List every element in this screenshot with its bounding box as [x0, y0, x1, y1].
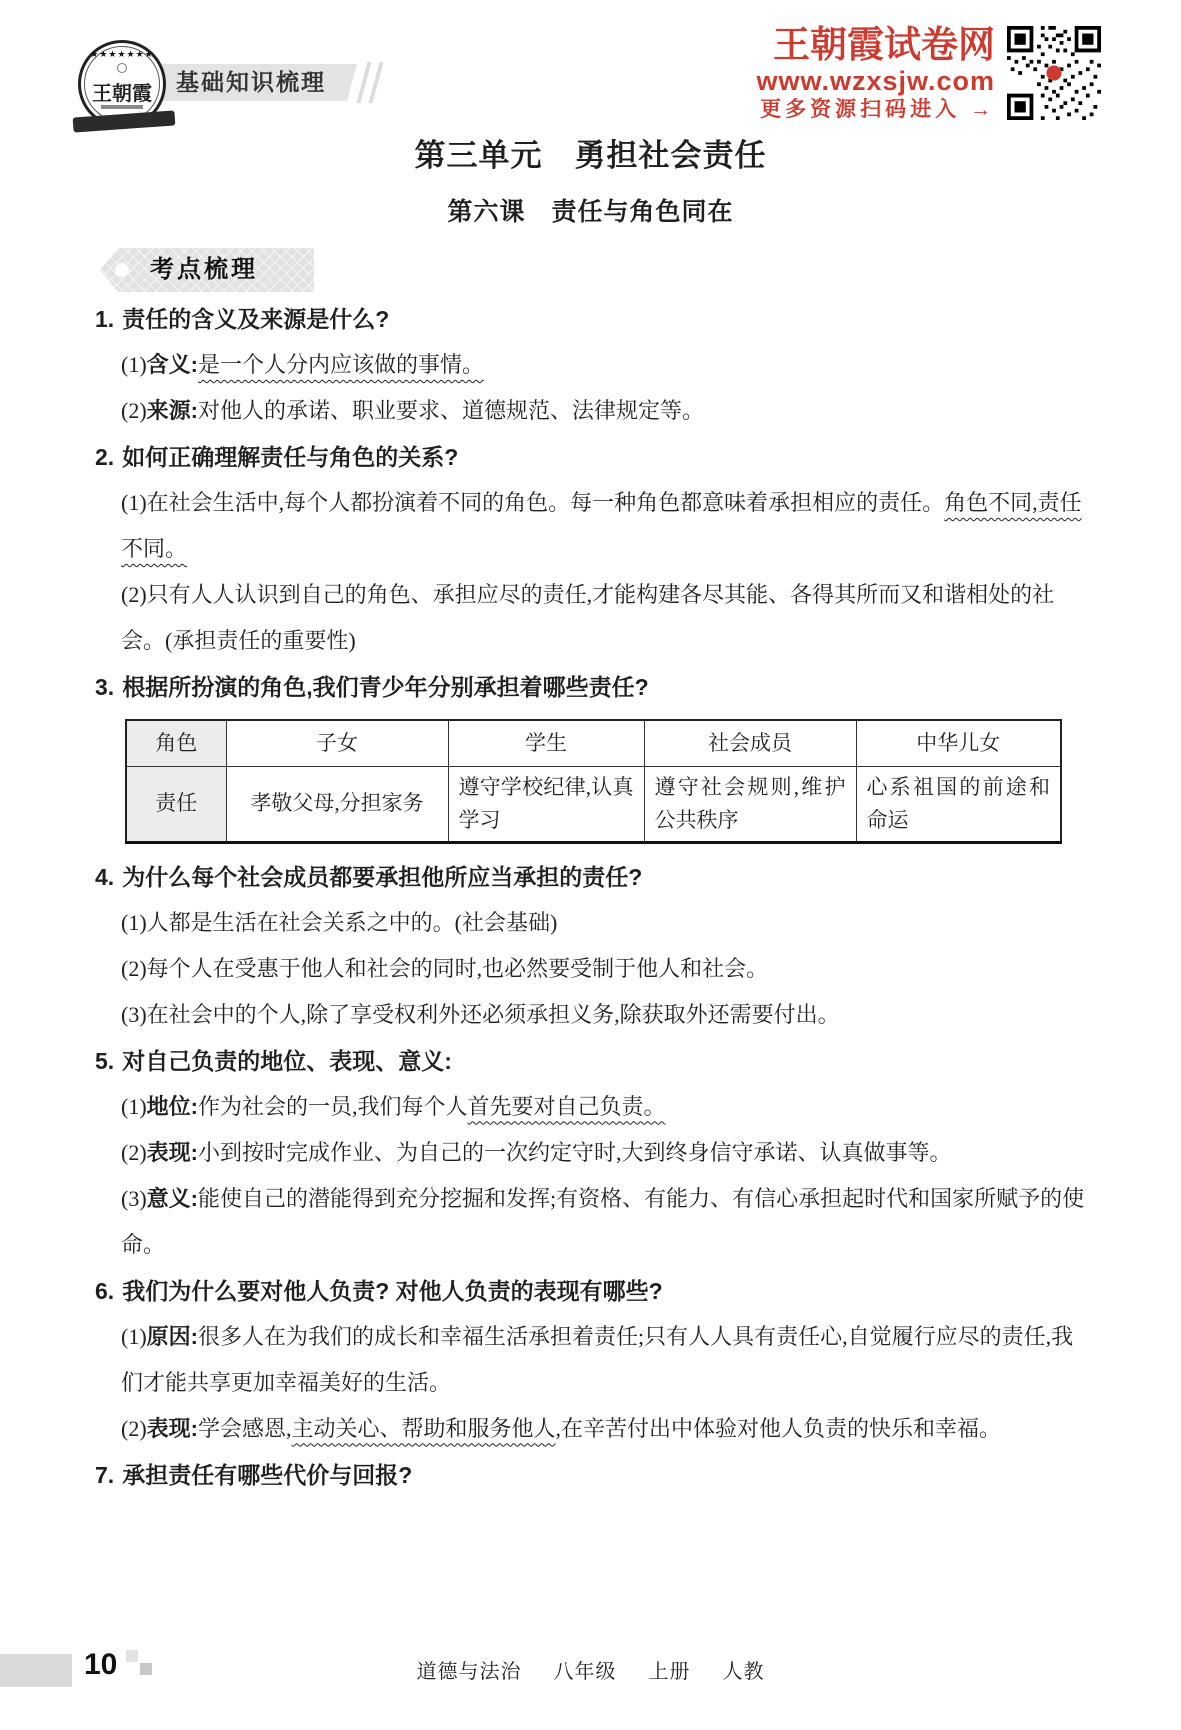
logo-emblem-icon	[117, 63, 127, 73]
section-tag: 考点梳理	[100, 248, 314, 292]
answer-label: 含义:	[147, 352, 198, 377]
question-text: 责任的含义及来源是什么?	[122, 306, 389, 332]
question-number: 2.	[95, 444, 114, 470]
answer-4-3: (3)在社会中的个人,除了享受权利外还必须承担义务,除获取外还需要付出。	[95, 992, 1089, 1038]
question-text: 承担责任有哪些代价与回报?	[122, 1462, 412, 1488]
question-5: 5.对自己负责的地位、表现、意义:	[95, 1038, 1089, 1084]
answer-text: 对他人的承诺、职业要求、道德规范、法律规定等。	[198, 398, 704, 423]
answer-text: 人都是生活在社会关系之中的。(社会基础)	[147, 910, 558, 935]
question-3: 3.根据所扮演的角色,我们青少年分别承担着哪些责任?	[95, 664, 1089, 710]
answer-4-1: (1)人都是生活在社会关系之中的。(社会基础)	[95, 900, 1089, 946]
question-number: 4.	[95, 864, 114, 890]
answer-5-3: (3)意义:能使自己的潜能得到充分挖掘和发挥;有资格、有能力、有信心承担起时代和…	[95, 1176, 1089, 1268]
answer-text: 很多人在为我们的成长和幸福生活承担着责任;只有人人具有责任心,自觉履行应尽的责任…	[121, 1324, 1073, 1395]
tag-hole-icon	[115, 263, 129, 277]
book-volume: 上册	[649, 1661, 691, 1683]
answer-6-2: (2)表现:学会感恩,主动关心、帮助和服务他人,在辛苦付出中体验对他人负责的快乐…	[95, 1406, 1089, 1452]
question-number: 1.	[95, 306, 114, 332]
answer-2-2: (2)只有人人认识到自己的角色、承担应尽的责任,才能构建各尽其能、各得其所而又和…	[95, 572, 1089, 664]
answer-key-point: 首先要对自己负责。	[468, 1094, 666, 1119]
answer-text: 在社会生活中,每个人都扮演着不同的角色。每一种角色都意味着承担相应的责任。	[147, 490, 945, 515]
answer-1-2: (2)来源:对他人的承诺、职业要求、道德规范、法律规定等。	[95, 388, 1089, 434]
answer-2-1: (1)在社会生活中,每个人都扮演着不同的角色。每一种角色都意味着承担相应的责任。…	[95, 480, 1089, 572]
book-info: 道德与法治 八年级 上册 人教	[0, 1655, 1181, 1684]
logo-subtext-bar	[101, 105, 143, 109]
table-header-cell: 角色	[126, 720, 226, 766]
answer-text: 小到按时完成作业、为自己的一次约定守时,大到终身信守承诺、认真做事等。	[198, 1140, 952, 1165]
table-header-cell: 中华儿女	[856, 720, 1061, 766]
answer-index: (2)	[121, 1416, 147, 1441]
question-2: 2.如何正确理解责任与角色的关系?	[95, 434, 1089, 480]
logo-stars-icon: ★★★★★★★	[81, 49, 163, 60]
worksheet-page: ★★★★★★★ 王朝霞 基础知识梳理 王朝霞试卷网 www.wzxsjw.com…	[0, 0, 1181, 1730]
table-header-cell: 社会成员	[644, 720, 856, 766]
answer-text: ,在辛苦付出中体验对他人负责的快乐和幸福。	[556, 1416, 1002, 1441]
unit-title: 第三单元 勇担社会责任	[0, 130, 1181, 175]
answer-label: 来源:	[147, 398, 198, 423]
answer-key-point: 是一个人分内应该做的事情。	[198, 352, 484, 377]
question-text: 我们为什么要对他人负责? 对他人负责的表现有哪些?	[122, 1278, 663, 1304]
answer-text: 能使自己的潜能得到充分挖掘和发挥;有资格、有能力、有信心承担起时代和国家所赋予的…	[121, 1186, 1084, 1257]
publisher-logo: ★★★★★★★ 王朝霞	[78, 40, 166, 128]
answer-index: (1)	[121, 910, 147, 935]
answer-label: 原因:	[147, 1324, 198, 1349]
answer-index: (1)	[121, 352, 147, 377]
site-title: 王朝霞试卷网	[756, 24, 995, 66]
table-cell: 孝敬父母,分担家务	[226, 766, 448, 842]
answer-index: (1)	[121, 1094, 147, 1119]
table-row-label: 责任	[126, 766, 226, 842]
answer-label: 地位:	[147, 1094, 198, 1119]
table-header-row: 角色 子女 学生 社会成员 中华儿女	[126, 720, 1061, 766]
question-number: 7.	[95, 1462, 114, 1488]
question-number: 3.	[95, 674, 114, 700]
answer-text: 每个人在受惠于他人和社会的同时,也必然要受制于他人和社会。	[147, 956, 769, 981]
section-tag-label: 考点梳理	[100, 248, 314, 292]
table-cell: 心系祖国的前途和命运	[856, 766, 1061, 842]
answer-key-point: 主动关心、帮助和服务他人	[292, 1416, 556, 1441]
answer-index: (2)	[121, 956, 147, 981]
book-edition: 人教	[723, 1661, 765, 1683]
answer-6-1: (1)原因:很多人在为我们的成长和幸福生活承担着责任;只有人人具有责任心,自觉履…	[95, 1314, 1089, 1406]
section-banner-label: 基础知识梳理	[150, 64, 352, 101]
answer-label: 表现:	[147, 1140, 198, 1165]
question-text: 如何正确理解责任与角色的关系?	[122, 444, 458, 470]
question-1: 1.责任的含义及来源是什么?	[95, 296, 1089, 342]
answer-text: 学会感恩,	[198, 1416, 292, 1441]
answer-4-2: (2)每个人在受惠于他人和社会的同时,也必然要受制于他人和社会。	[95, 946, 1089, 992]
table-body-row: 责任 孝敬父母,分担家务 遵守学校纪律,认真学习 遵守社会规则,维护公共秩序 心…	[126, 766, 1061, 842]
answer-index: (2)	[121, 582, 147, 607]
roles-responsibilities-table: 角色 子女 学生 社会成员 中华儿女 责任 孝敬父母,分担家务 遵守学校纪律,认…	[125, 719, 1062, 844]
answer-index: (3)	[121, 1186, 147, 1211]
question-text: 对自己负责的地位、表现、意义:	[122, 1048, 452, 1074]
content-body: 1.责任的含义及来源是什么? (1)含义:是一个人分内应该做的事情。 (2)来源…	[95, 296, 1089, 1498]
question-4: 4.为什么每个社会成员都要承担他所应当承担的责任?	[95, 854, 1089, 900]
answer-index: (1)	[121, 490, 147, 515]
answer-index: (2)	[121, 1140, 147, 1165]
answer-label: 表现:	[147, 1416, 198, 1441]
answer-5-2: (2)表现:小到按时完成作业、为自己的一次约定守时,大到终身信守承诺、认真做事等…	[95, 1130, 1089, 1176]
lesson-title: 第六课 责任与角色同在	[0, 192, 1181, 228]
table-header-cell: 学生	[448, 720, 644, 766]
answer-5-1: (1)地位:作为社会的一员,我们每个人首先要对自己负责。	[95, 1084, 1089, 1130]
answer-index: (1)	[121, 1324, 147, 1349]
answer-index: (3)	[121, 1002, 147, 1027]
answer-label: 意义:	[147, 1186, 198, 1211]
section-banner: 基础知识梳理	[145, 64, 357, 101]
answer-index: (2)	[121, 398, 147, 423]
logo-name: 王朝霞	[81, 77, 163, 106]
site-cta: 更多资源扫码进入 →	[756, 96, 995, 124]
qr-code-icon	[1007, 26, 1101, 120]
question-text: 根据所扮演的角色,我们青少年分别承担着哪些责任?	[122, 674, 648, 700]
book-subject: 道德与法治	[417, 1661, 522, 1683]
banner-stripe-icon	[369, 62, 384, 103]
table-cell: 遵守学校纪律,认真学习	[448, 766, 644, 842]
book-grade: 八年级	[554, 1661, 617, 1683]
question-6: 6.我们为什么要对他人负责? 对他人负责的表现有哪些?	[95, 1268, 1089, 1314]
answer-text: 在社会中的个人,除了享受权利外还必须承担义务,除获取外还需要付出。	[147, 1002, 840, 1027]
site-info: 王朝霞试卷网 www.wzxsjw.com 更多资源扫码进入 →	[756, 24, 995, 124]
question-text: 为什么每个社会成员都要承担他所应当承担的责任?	[122, 864, 642, 890]
question-7: 7.承担责任有哪些代价与回报?	[95, 1452, 1089, 1498]
answer-text: 作为社会的一员,我们每个人	[198, 1094, 468, 1119]
answer-1-1: (1)含义:是一个人分内应该做的事情。	[95, 342, 1089, 388]
question-number: 5.	[95, 1048, 114, 1074]
table-cell: 遵守社会规则,维护公共秩序	[644, 766, 856, 842]
answer-text: 只有人人认识到自己的角色、承担应尽的责任,才能构建各尽其能、各得其所而又和谐相处…	[121, 582, 1054, 653]
question-number: 6.	[95, 1278, 114, 1304]
site-url: www.wzxsjw.com	[756, 66, 995, 96]
table-header-cell: 子女	[226, 720, 448, 766]
